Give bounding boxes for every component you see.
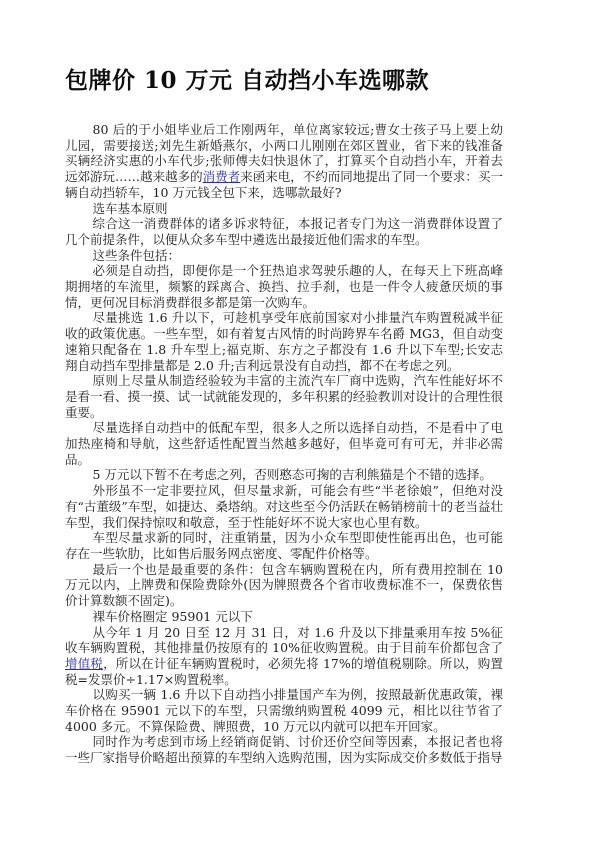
consumer-link[interactable]: 消费者 (203, 169, 241, 184)
article-body: 80 后的于小姐毕业后工作刚两年，单位离家较远;曹女士孩子马上要上幼儿园，需要接… (65, 122, 503, 766)
paragraph-must-be-automatic: 必须是自动挡，即便你是一个狂热追求驾驶乐趣的人，在每天上下班高峰期拥堵的车流里，… (65, 263, 503, 310)
section-heading-selection-principles: 选车基本原则 (65, 201, 503, 217)
paragraph-price-floor: 5 万元以下暂不在考虑之列，否则憨态可掬的吉利熊猫是个不错的选择。 (65, 467, 503, 483)
section-heading-bare-car-price: 裸车价格圈定 95901 元以下 (65, 609, 503, 625)
paragraph-conditions-intro: 这些条件包括： (65, 248, 503, 264)
paragraph-low-trim-preference: 尽量选择自动挡中的低配车型，很多人之所以选择自动挡，不是看中了电加热座椅和导航，… (65, 420, 503, 467)
paragraph-tax-example: 以购买一辆 1.6 升以下自动挡小排量国产车为例，按照最新优惠政策，裸车价格在 … (65, 687, 503, 734)
paragraph-sales-volume: 车型尽量求新的同时，注重销量，因为小众车型即使性能再出色，也可能存在一些软肋，比… (65, 530, 503, 561)
paragraph-mainstream-makers: 原则上尽量从制造经验较为丰富的主流汽车厂商中选购，汽车性能好坏不是看一看、摸一摸… (65, 373, 503, 420)
tax-text-before-link: 从今年 1 月 20 日至 12 月 31 日，对 1.6 升及以下排量乘用车按… (65, 625, 503, 656)
article-title: 包牌价 10 万元 自动挡小车选哪款 (65, 66, 503, 96)
paragraph-exterior-styling: 外形虽不一定非要拉风，但尽量求新，可能会有些“半老徐娘”，但绝对没有“古董级”车… (65, 483, 503, 530)
document-page: 包牌价 10 万元 自动挡小车选哪款 80 后的于小姐毕业后工作刚两年，单位离家… (0, 0, 595, 842)
paragraph-dealer-discounts: 同时作为考虑到市场上经销商促销、讨价还价空间等因素，本报记者也将一些厂家指导价略… (65, 734, 503, 765)
paragraph-budget-condition: 最后一个也是最重要的条件：包含车辆购置税在内，所有费用控制在 10 万元以内，上… (65, 562, 503, 609)
paragraph-engine-displacement: 尽量挑选 1.6 升以下，可趁机享受年底前国家对小排量汽车购置税减半征收的政策优… (65, 310, 503, 373)
intro-paragraph: 80 后的于小姐毕业后工作刚两年，单位离家较远;曹女士孩子马上要上幼儿园，需要接… (65, 122, 503, 201)
vat-link[interactable]: 增值税 (65, 656, 103, 671)
paragraph-survey-summary: 综合这一消费群体的诸多诉求特征，本报记者专门为这一消费群体设置了几个前提条件，以… (65, 216, 503, 247)
tax-text-after-link: ，所以在计征车辆购置税时，必须先将 17%的增值税剔除。所以，购置税=发票价÷1… (65, 656, 503, 687)
paragraph-purchase-tax-policy: 从今年 1 月 20 日至 12 月 31 日，对 1.6 升及以下排量乘用车按… (65, 625, 503, 688)
